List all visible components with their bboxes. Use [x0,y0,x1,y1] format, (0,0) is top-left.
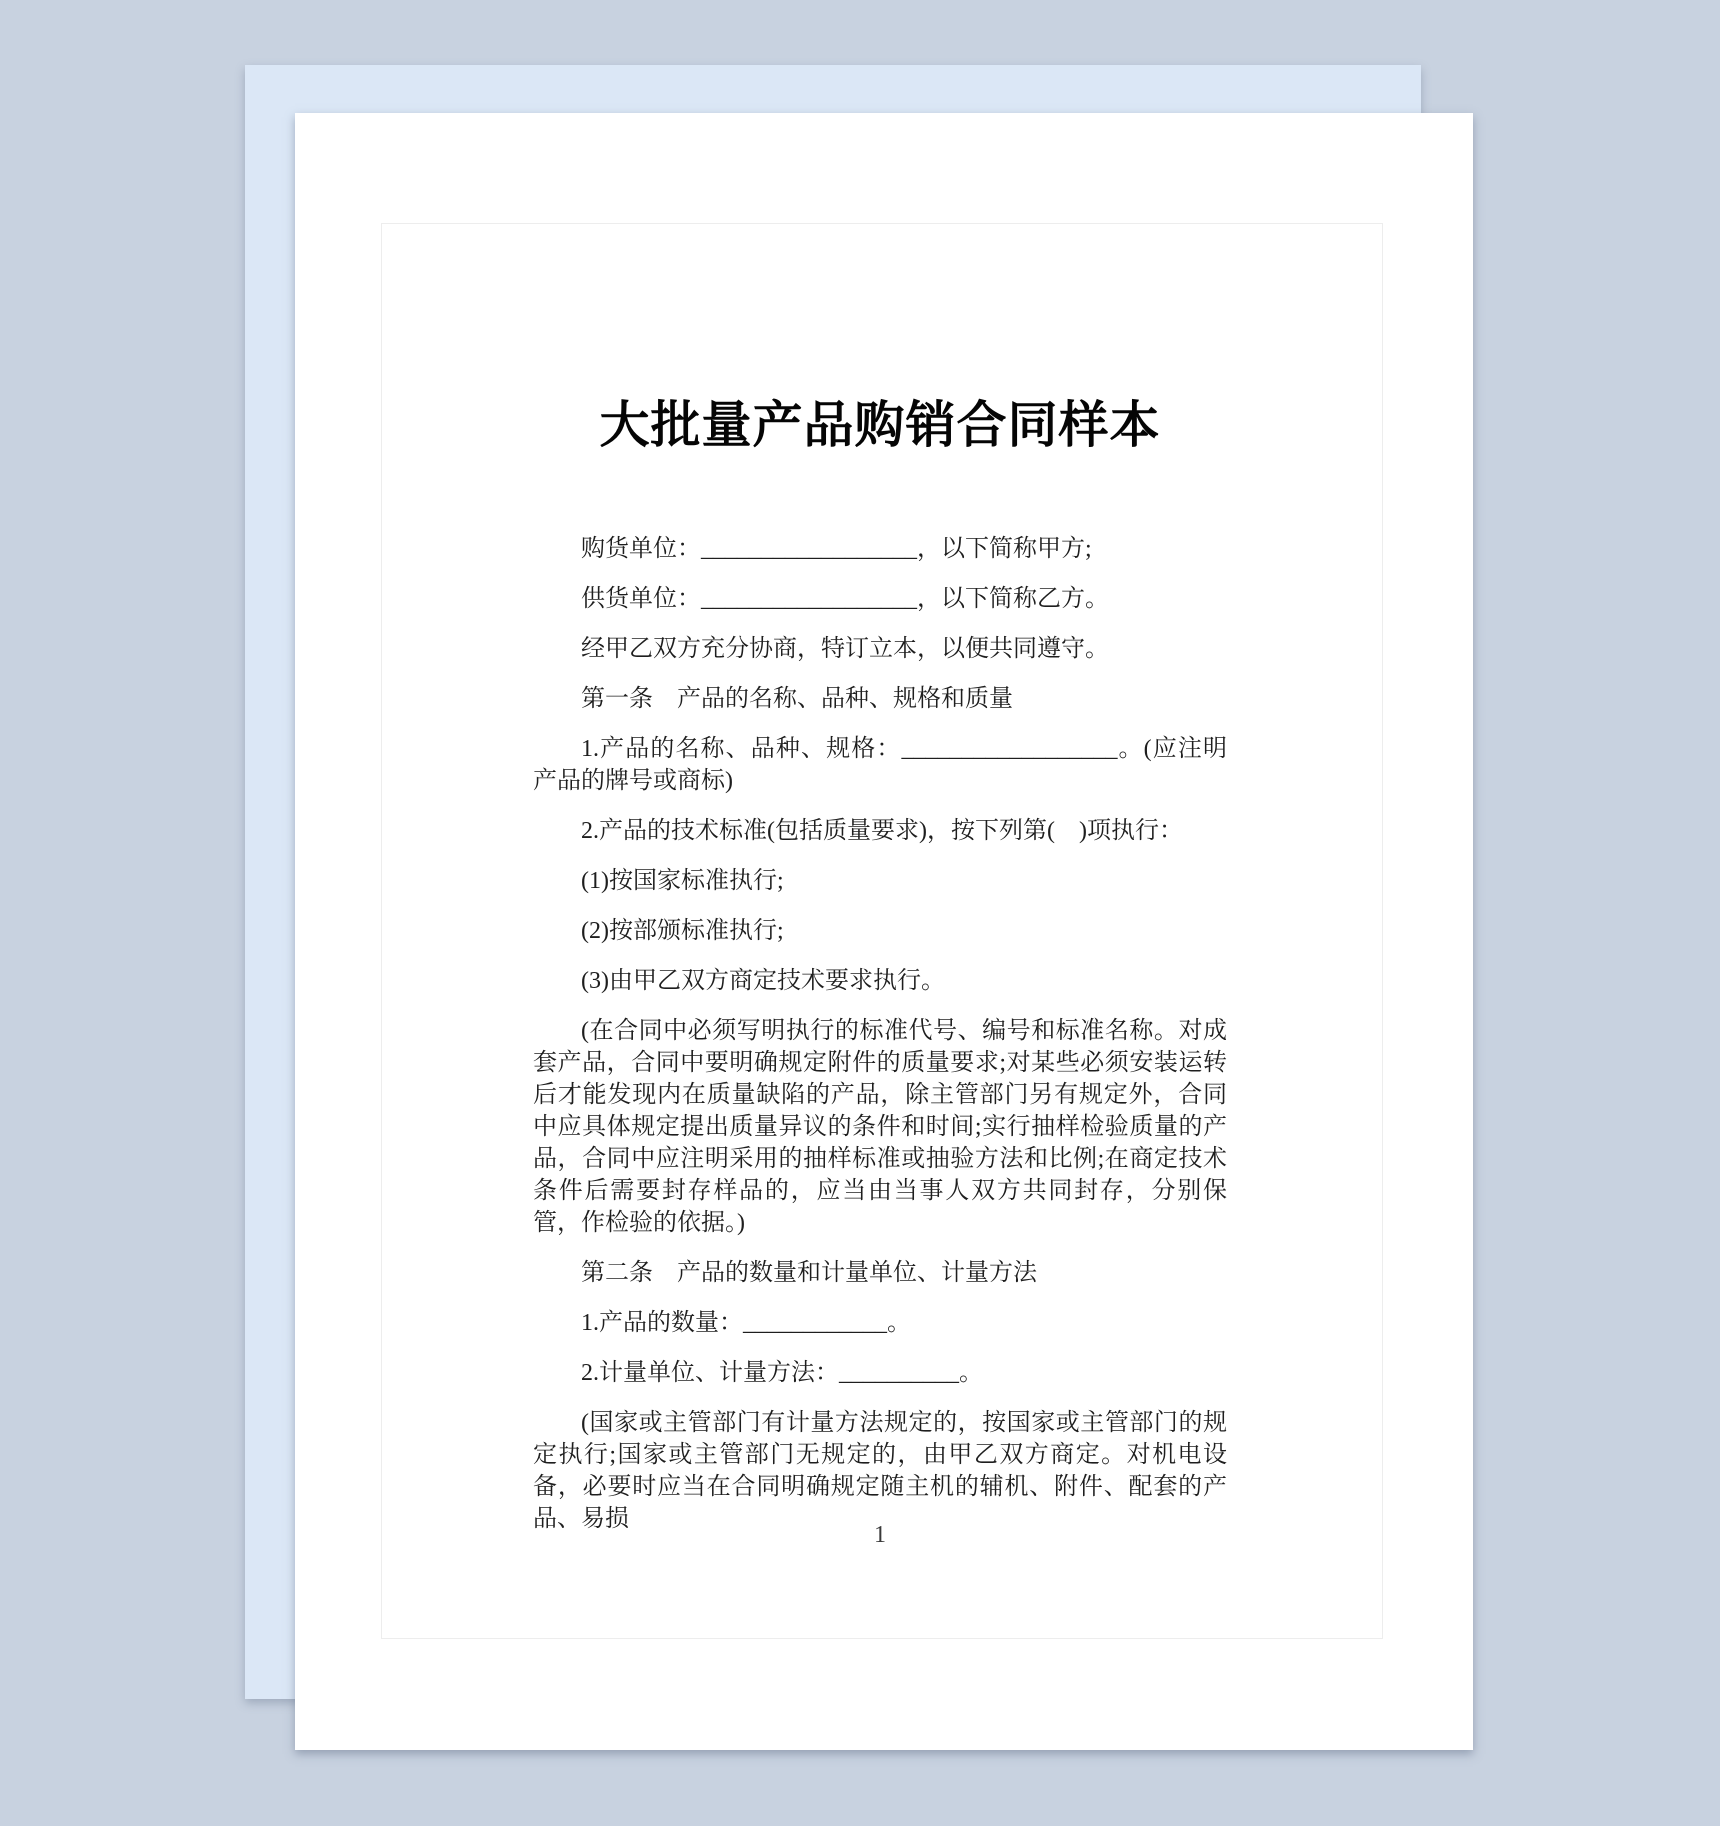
contract-paragraph: 第一条 产品的名称、品种、规格和质量 [533,683,1227,715]
contract-paragraph: 供货单位：__________________，以下简称乙方。 [533,583,1227,615]
contract-paragraph: 经甲乙双方充分协商，特订立本，以便共同遵守。 [533,633,1227,665]
contract-paragraph: (2)按部颁标准执行; [533,915,1227,947]
contract-paragraph: 2.产品的技术标准(包括质量要求)，按下列第( )项执行： [533,815,1227,847]
document-title: 大批量产品购销合同样本 [533,395,1227,455]
contract-paragraph: (在合同中必须写明执行的标准代号、编号和标准名称。对成套产品，合同中要明确规定附… [533,1015,1227,1239]
contract-paragraph: 1.产品的数量：____________。 [533,1307,1227,1339]
contract-paragraph: 购货单位：__________________，以下简称甲方; [533,533,1227,565]
contract-paragraph: 1.产品的名称、品种、规格：__________________。(应注明产品的… [533,733,1227,797]
contract-paragraph: 第二条 产品的数量和计量单位、计量方法 [533,1257,1227,1289]
contract-paragraph: (1)按国家标准执行; [533,865,1227,897]
contract-paragraph: 2.计量单位、计量方法：__________。 [533,1357,1227,1389]
contract-paragraph: (3)由甲乙双方商定技术要求执行。 [533,965,1227,997]
document-content: 大批量产品购销合同样本 购货单位：__________________，以下简称… [533,113,1227,1553]
page-number: 1 [533,1521,1227,1549]
contract-paragraph: (国家或主管部门有计量方法规定的，按国家或主管部门的规定执行;国家或主管部门无规… [533,1407,1227,1535]
contract-body: 购货单位：__________________，以下简称甲方;供货单位：____… [533,533,1227,1535]
desktop-background: { "colors": { "desktop_background": "#c8… [0,0,1720,1826]
document-page: 大批量产品购销合同样本 购货单位：__________________，以下简称… [295,113,1473,1750]
